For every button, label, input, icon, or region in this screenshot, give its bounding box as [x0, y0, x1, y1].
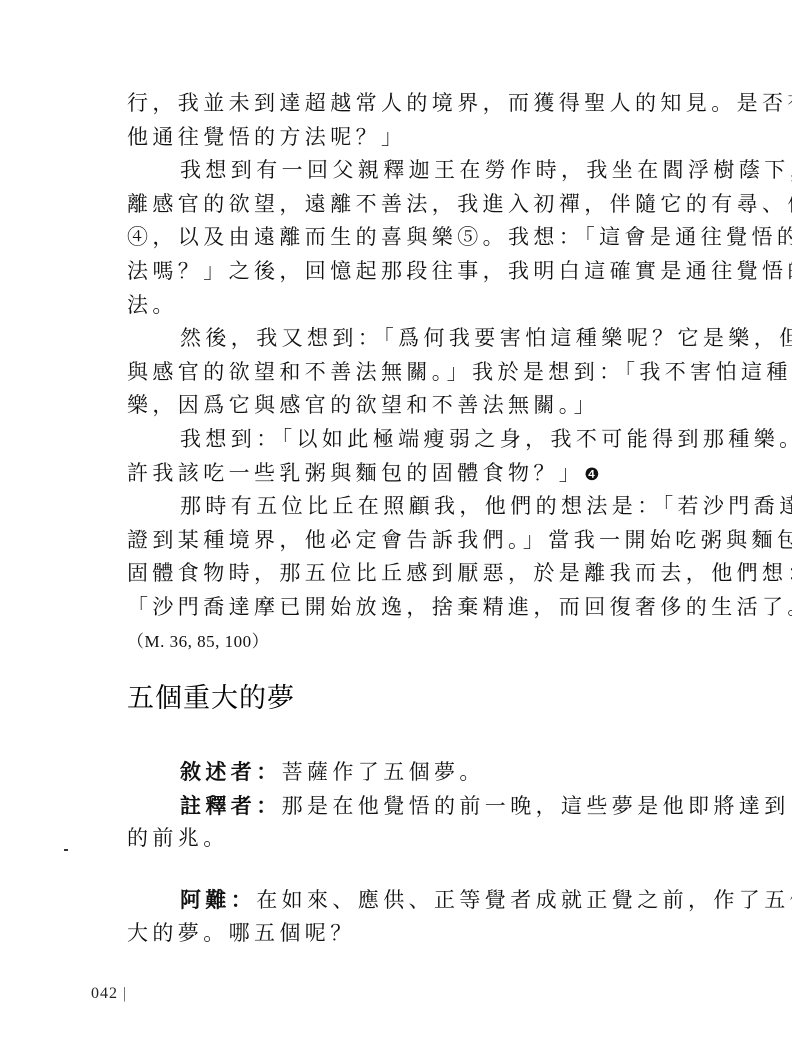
narrator-line: 敘述者：菩薩作了五個夢。 [127, 755, 689, 789]
text-line: ④，以及由遠離而生的喜與樂⑤。我想：「這會是通往覺悟的方 [127, 221, 689, 255]
speaker-label-ananda: 阿難： [180, 887, 256, 912]
text-line: 我想到：「以如此極端瘦弱之身，我不可能得到那種樂。或 [127, 423, 689, 457]
text-line: 「沙門喬達摩已開始放逸，捨棄精進，而回復奢侈的生活了。」 [127, 591, 689, 625]
text-line: 固體食物時，那五位比丘感到厭惡，於是離我而去，他們想： [127, 557, 689, 591]
text-line: 樂，因爲它與感官的欲望和不善法無關。」 [127, 389, 689, 423]
text-fragment: 許我該吃一些乳粥與麵包的固體食物？」 [127, 461, 584, 485]
narrator-text: 菩薩作了五個夢。 [282, 760, 485, 784]
commentator-continuation: 的前兆。 [127, 822, 689, 856]
commentator-text: 那是在他覺悟的前一晚，這些夢是他即將達到目標 [282, 794, 792, 818]
scan-artifact [64, 849, 68, 851]
endnote-marker: ❹ [584, 465, 599, 485]
speaker-label-narrator: 敘述者： [180, 759, 282, 784]
ananda-line: 阿難：在如來、應供、正等覺者成就正覺之前，作了五個重 [127, 883, 689, 917]
page-footer: 042| [91, 985, 127, 1003]
citation: （M. 36, 85, 100） [127, 625, 689, 659]
text-line: 法嗎？」之後，回憶起那段往事，我明白這確實是通往覺悟的方 [127, 255, 689, 289]
ananda-continuation: 大的夢。哪五個呢？ [127, 917, 689, 951]
text-line: 他通往覺悟的方法呢？」 [127, 121, 689, 155]
text-line: 那時有五位比丘在照顧我，他們的想法是：「若沙門喬達摩 [127, 490, 689, 524]
speaker-label-commentator: 註釋者： [180, 793, 282, 818]
text-line: 與感官的欲望和不善法無關。」我於是想到：「我不害怕這種 [127, 356, 689, 390]
text-line: 然後，我又想到：「爲何我要害怕這種樂呢？它是樂，但它 [127, 322, 689, 356]
commentator-line: 註釋者：那是在他覺悟的前一晚，這些夢是他即將達到目標 [127, 789, 689, 823]
text-line: 行，我並未到達超越常人的境界，而獲得聖人的知見。是否有其 [127, 87, 689, 121]
folio-separator: | [123, 985, 127, 1002]
section-heading: 五個重大的夢 [127, 676, 295, 715]
text-line: 法。 [127, 289, 689, 323]
text-line: 我想到有一回父親釋迦王在勞作時，我坐在閻浮樹蔭下，遠 [127, 154, 689, 188]
text-line: 證到某種境界，他必定會告訴我們。」當我一開始吃粥與麵包的 [127, 524, 689, 558]
narrator-commentary-block: 敘述者：菩薩作了五個夢。 註釋者：那是在他覺悟的前一晚，這些夢是他即將達到目標 … [127, 755, 689, 856]
ananda-block: 阿難：在如來、應供、正等覺者成就正覺之前，作了五個重 大的夢。哪五個呢？ [127, 883, 689, 950]
main-passage: 行，我並未到達超越常人的境界，而獲得聖人的知見。是否有其 他通往覺悟的方法呢？」… [127, 87, 689, 658]
page-number: 042 [91, 985, 118, 1002]
text-line: 離感官的欲望，遠離不善法，我進入初禪，伴隨它的有尋、伺 [127, 188, 689, 222]
text-line-with-note: 許我該吃一些乳粥與麵包的固體食物？」❹ [127, 457, 689, 491]
ananda-text: 在如來、應供、正等覺者成就正覺之前，作了五個重 [256, 888, 792, 912]
